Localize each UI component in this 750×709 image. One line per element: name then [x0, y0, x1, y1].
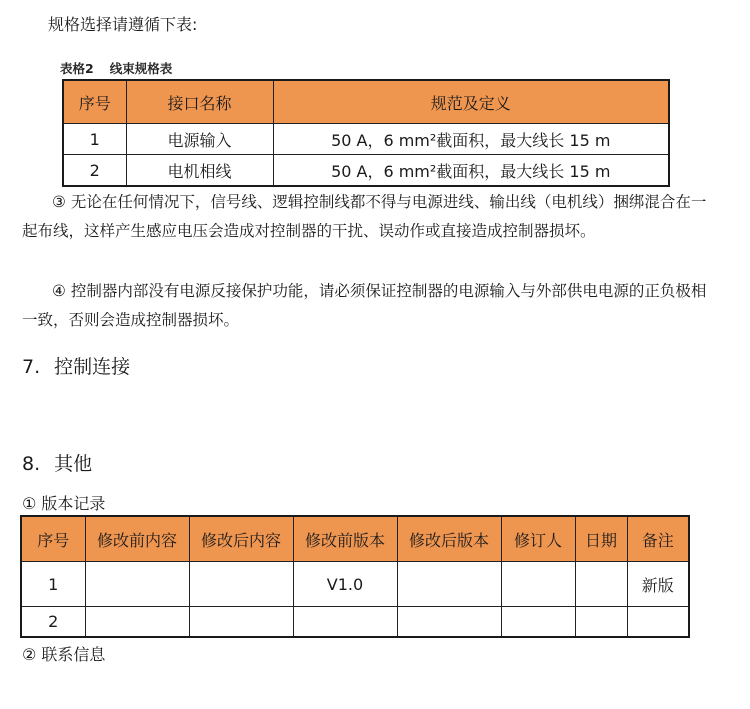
- table-header-row: 序号 修改前内容 修改后内容 修改前版本 修改后版本 修订人 日期 备注: [21, 516, 689, 562]
- header-cell: 修改后版本: [397, 516, 501, 562]
- header-cell: 修改前版本: [293, 516, 397, 562]
- table-row: 1 V1.0 新版: [21, 562, 689, 607]
- table-cell: [189, 607, 293, 638]
- header-cell: 修改后内容: [189, 516, 293, 562]
- version-table: 序号 修改前内容 修改后内容 修改前版本 修改后版本 修订人 日期 备注 1 V…: [20, 515, 690, 638]
- header-cell: 修订人: [501, 516, 575, 562]
- table-cell: 电源输入: [126, 124, 273, 155]
- table-cell: 2: [63, 155, 126, 187]
- table-cell: 新版: [627, 562, 689, 607]
- table-cell: 1: [63, 124, 126, 155]
- section-title: 其他: [54, 453, 92, 475]
- note-3-text: ③ 无论在任何情况下，信号线、逻辑控制线都不得与电源进线、输出线（电机线）捆绑混…: [22, 193, 706, 240]
- caption-title: 线束规格表: [110, 61, 173, 76]
- table-cell: [627, 607, 689, 638]
- table-cell: [501, 607, 575, 638]
- note-3: ③ 无论在任何情况下，信号线、逻辑控制线都不得与电源进线、输出线（电机线）捆绑混…: [22, 188, 712, 246]
- contact-info-heading: ② 联系信息: [22, 642, 105, 665]
- intro-text: 规格选择请遵循下表:: [48, 12, 197, 35]
- section-number: 7.: [22, 356, 40, 378]
- section-8-heading: 8.其他: [22, 449, 92, 476]
- table-row: 1 电源输入 50 A，6 mm²截面积，最大线长 15 m: [63, 124, 669, 155]
- table-cell: [575, 607, 627, 638]
- table-cell: [293, 607, 397, 638]
- note-4-text: ④ 控制器内部没有电源反接保护功能，请必须保证控制器的电源输入与外部供电电源的正…: [22, 282, 706, 329]
- version-record-heading: ① 版本记录: [22, 491, 105, 514]
- table-cell: [85, 607, 189, 638]
- caption-number: 表格2: [60, 61, 94, 76]
- table-cell: [397, 562, 501, 607]
- table-cell: [575, 562, 627, 607]
- header-cell: 修改前内容: [85, 516, 189, 562]
- table-cell: [501, 562, 575, 607]
- table-cell: 电机相线: [126, 155, 273, 187]
- header-cell: 序号: [21, 516, 85, 562]
- header-cell: 规范及定义: [273, 80, 669, 124]
- table-cell: V1.0: [293, 562, 397, 607]
- table-header-row: 序号 接口名称 规范及定义: [63, 80, 669, 124]
- spec-table: 序号 接口名称 规范及定义 1 电源输入 50 A，6 mm²截面积，最大线长 …: [62, 79, 670, 187]
- table-cell: 1: [21, 562, 85, 607]
- table-cell: 50 A，6 mm²截面积，最大线长 15 m: [273, 124, 669, 155]
- section-number: 8.: [22, 453, 40, 475]
- header-cell: 日期: [575, 516, 627, 562]
- header-cell: 接口名称: [126, 80, 273, 124]
- table-cell: [189, 562, 293, 607]
- header-cell: 备注: [627, 516, 689, 562]
- section-title: 控制连接: [54, 356, 130, 378]
- section-7-heading: 7.控制连接: [22, 352, 130, 379]
- header-cell: 序号: [63, 80, 126, 124]
- table-cell: 50 A，6 mm²截面积，最大线长 15 m: [273, 155, 669, 187]
- table-cell: [397, 607, 501, 638]
- table-cell: 2: [21, 607, 85, 638]
- table-row: 2: [21, 607, 689, 638]
- spec-table-caption: 表格2线束规格表: [60, 59, 188, 77]
- note-4: ④ 控制器内部没有电源反接保护功能，请必须保证控制器的电源输入与外部供电电源的正…: [22, 277, 712, 335]
- table-row: 2 电机相线 50 A，6 mm²截面积，最大线长 15 m: [63, 155, 669, 187]
- table-cell: [85, 562, 189, 607]
